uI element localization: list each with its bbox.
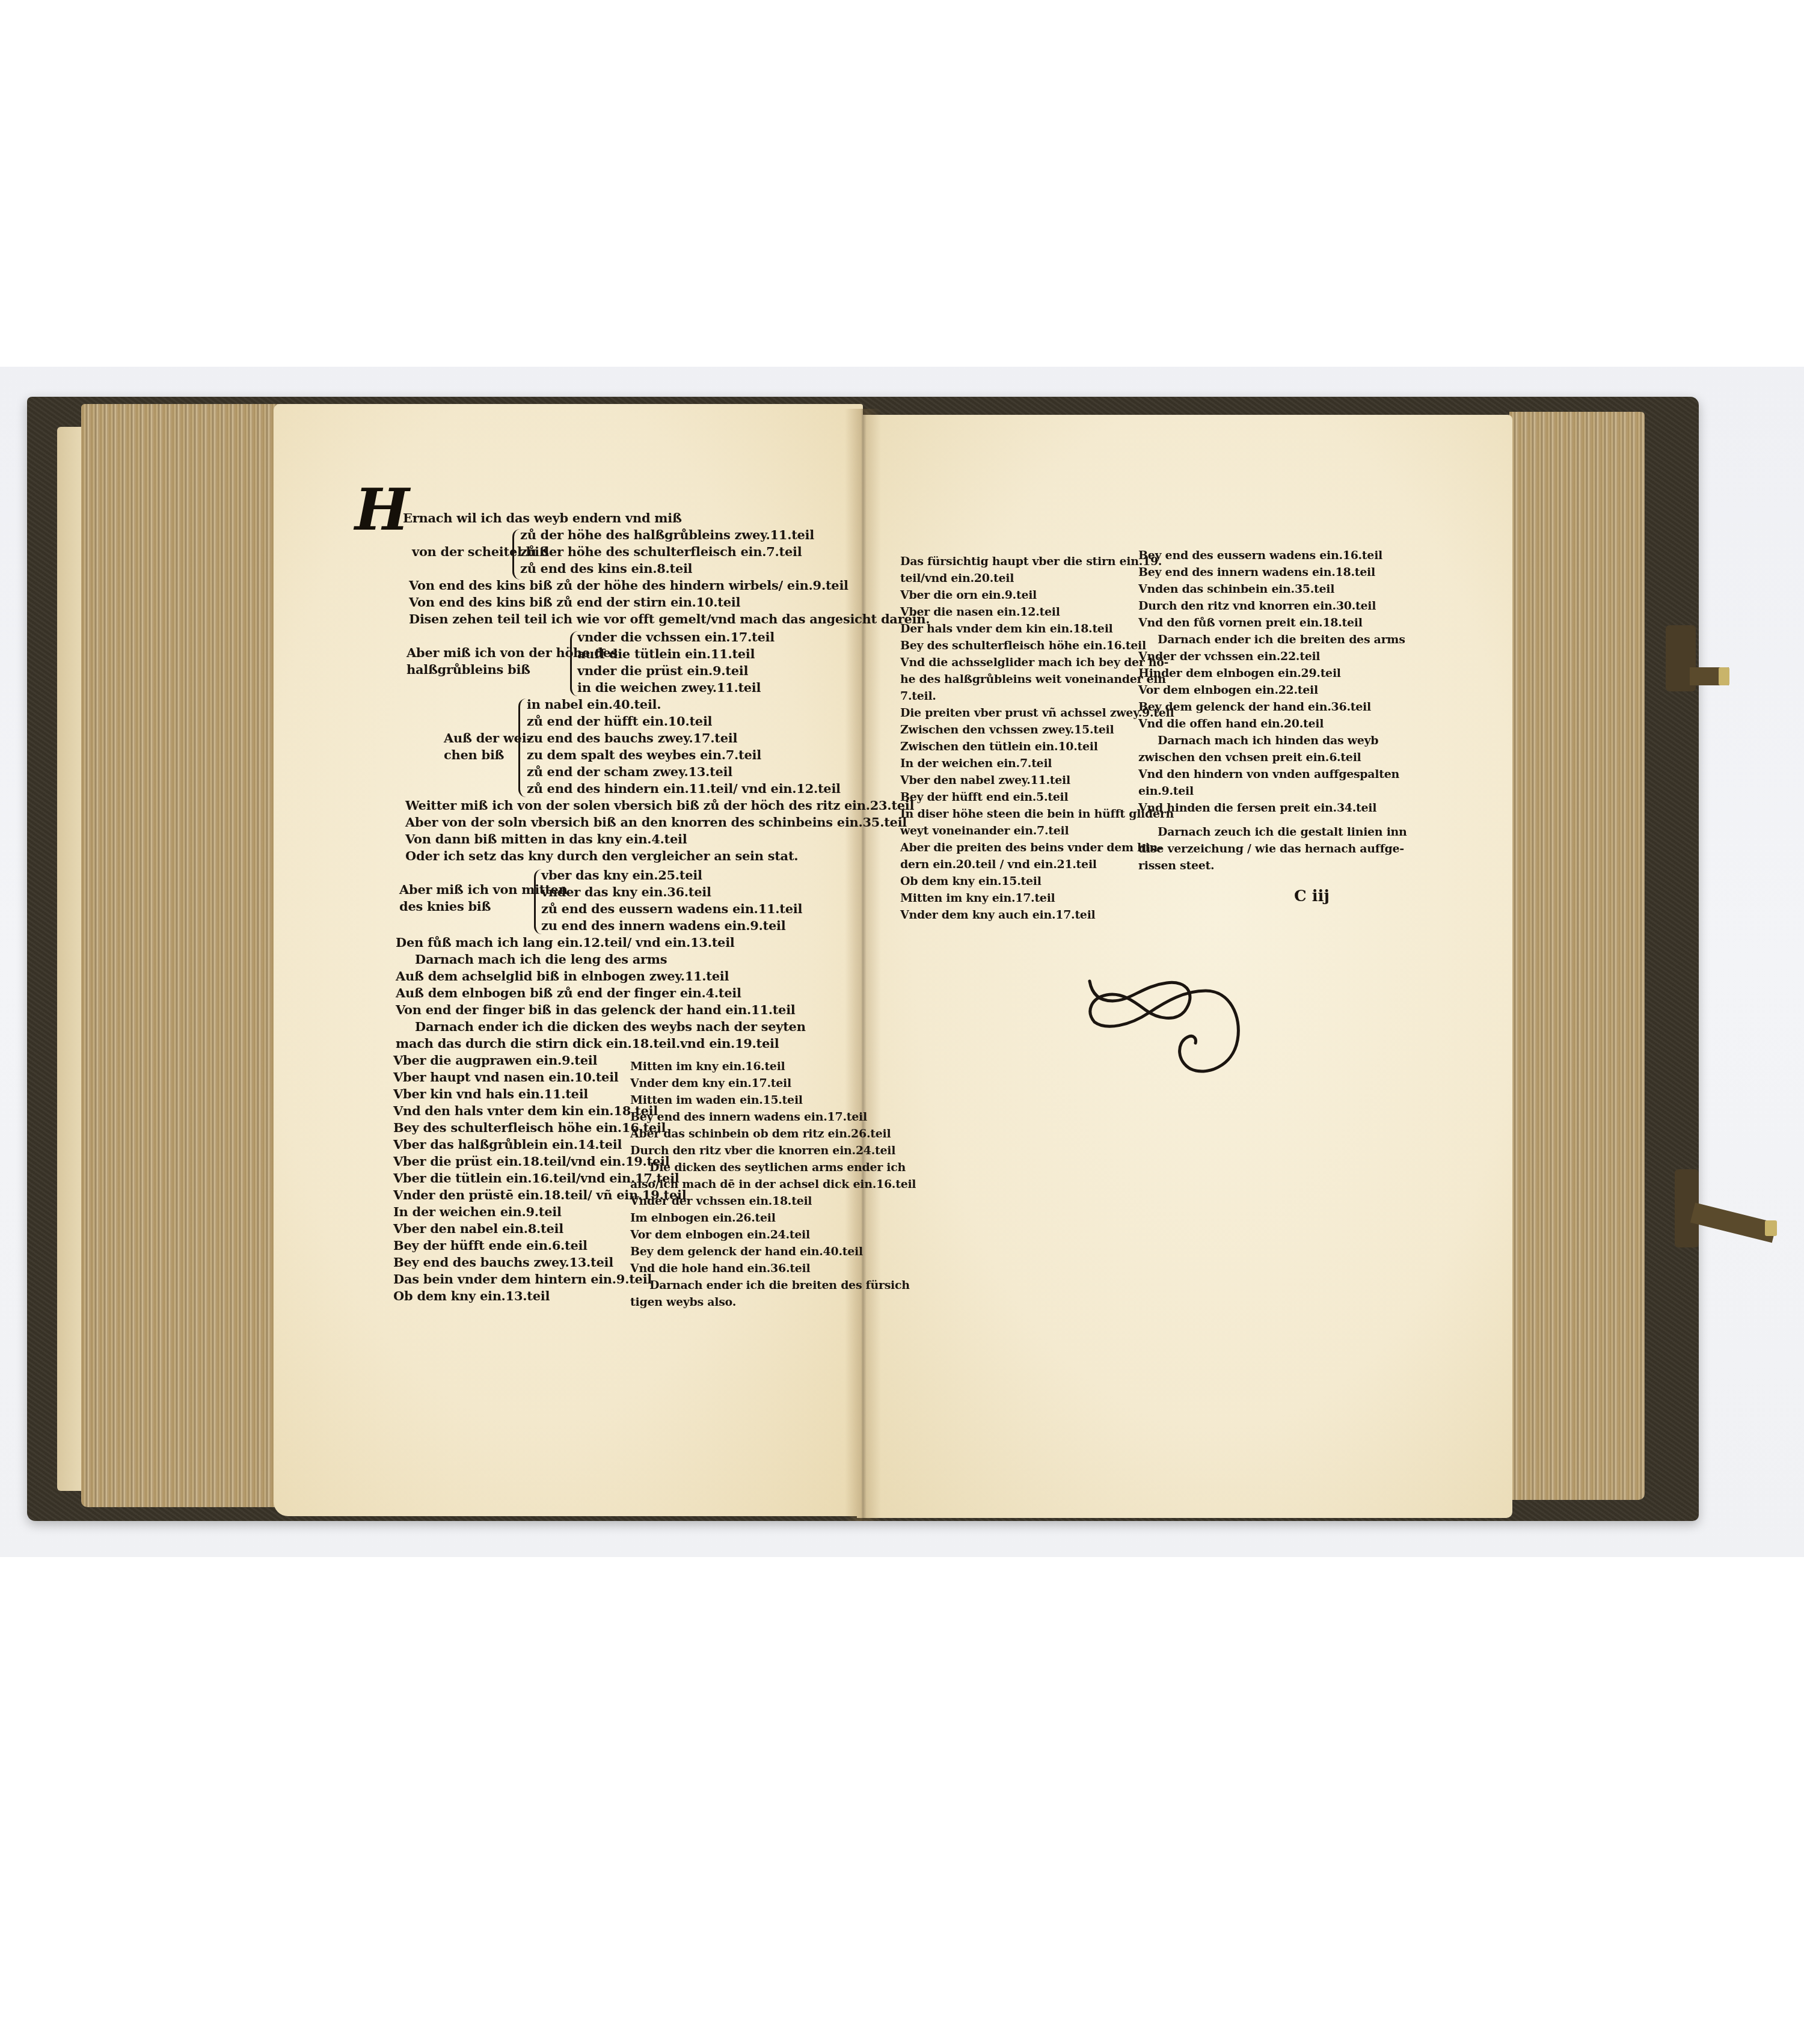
right-page-right-column: Bey end des eussern wadens ein.16.teil B…	[1138, 547, 1405, 816]
block1-items: zů der höhe des halßgrůbleins zwey.11.te…	[520, 527, 814, 577]
right-column-measurements: Mitten im kny ein.16.teil Vnder dem kny …	[630, 1058, 916, 1311]
lines-a: Von end des kins biß zů der höhe des hin…	[409, 577, 930, 628]
book-gutter	[845, 409, 881, 1521]
signature-mark: C iij	[1294, 887, 1330, 905]
brace	[518, 699, 526, 797]
block2-items: vnder die vchssen ein.17.teil auff die t…	[577, 629, 775, 696]
brace	[512, 529, 520, 580]
lines-c: Den fůß mach ich lang ein.12.teil/ vnd e…	[396, 934, 806, 1052]
block4-items: vber das kny ein.25.teil vnder das kny e…	[541, 867, 802, 934]
flourish-ornament-icon	[1076, 968, 1257, 1088]
right-page-left-column: Das fürsichtig haupt vber die stirn ein.…	[900, 553, 1174, 923]
right-page-stack	[1509, 412, 1645, 1500]
left-page-stack	[81, 404, 286, 1507]
decorated-initial: H	[355, 480, 403, 540]
opening-line: Ernach wil ich das weyb endern vnd miß	[403, 510, 682, 527]
lines-b: Weitter miß ich von der solen vbersich b…	[405, 797, 914, 864]
closing-paragraph: Darnach zeuch ich die gestalt linien inn…	[1138, 824, 1407, 874]
block3-items: in nabel ein.40.teil. zů end der hüfft e…	[527, 696, 841, 797]
